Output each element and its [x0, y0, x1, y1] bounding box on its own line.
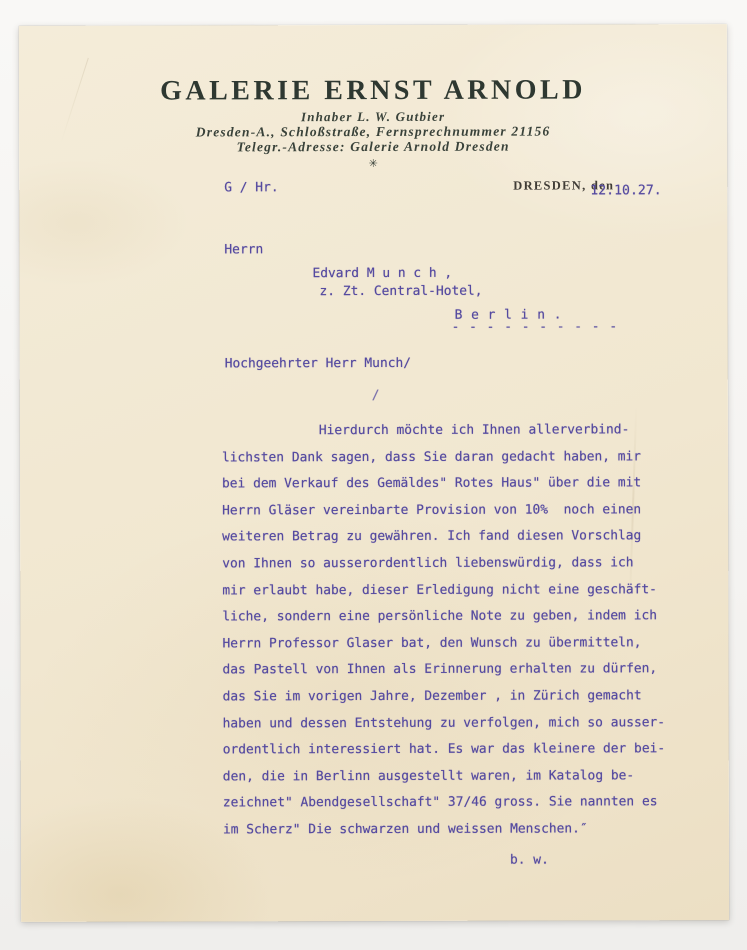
body-line: Hierdurch möchte ich Ihnen allerverbind-: [222, 417, 692, 445]
salutation: Hochgeehrter Herr Munch/: [225, 356, 411, 371]
letter-body: Hierdurch möchte ich Ihnen allerverbind-…: [222, 417, 693, 844]
body-line: Herrn Gläser vereinbarte Provision von 1…: [222, 497, 692, 525]
dateline-typed-date: 12.10.27.: [590, 183, 662, 198]
body-line: das Sie im vorigen Jahre, Dezember , in …: [223, 683, 693, 711]
recipient-city-underline: - - - - - - - - - -: [452, 319, 619, 334]
body-line: Herrn Professor Glaser bat, den Wunsch z…: [222, 630, 692, 658]
body-line: zeichnet" Abendgesellschaft" 37/46 gross…: [223, 789, 693, 817]
body-line: im Scherz" Die schwarzen und weissen Men…: [223, 816, 693, 844]
body-line: lichsten Dank sagen, dass Sie daran geda…: [222, 444, 692, 472]
body-line: mir erlaubt habe, dieser Erledigung nich…: [222, 577, 692, 605]
body-line: liche, sondern eine persönliche Note zu …: [222, 603, 692, 631]
body-line: das Pastell von Ihnen als Erinnerung erh…: [222, 657, 692, 685]
body-line: haben und dessen Entstehung zu verfolgen…: [223, 710, 693, 738]
stray-typed-mark: /: [372, 388, 380, 403]
recipient-herrn: Herrn: [224, 242, 263, 257]
body-line: von Ihnen so ausserordentlich liebenswür…: [222, 550, 692, 578]
recipient-name: Edvard M u n c h ,: [312, 266, 452, 281]
body-line: bei dem Verkauf des Gemäldes" Rotes Haus…: [222, 470, 692, 498]
scanned-letter-background: K3733-1 GALERIE ERNST ARNOLD Inhaber L. …: [0, 0, 747, 950]
body-line: weiteren Betrag zu gewähren. Ich fand di…: [222, 524, 692, 552]
body-line: den, die in Berlinn ausgestellt waren, i…: [223, 763, 693, 791]
letterhead-telegram-line: Telegr.-Adresse: Galerie Arnold Dresden: [19, 138, 727, 156]
body-line: ordentlich interessiert hat. Es war das …: [223, 736, 693, 764]
reference-initials: G / Hr.: [224, 180, 278, 195]
letterhead-title: GALERIE ERNST ARNOLD: [19, 74, 727, 108]
recipient-address: z. Zt. Central-Hotel,: [320, 284, 483, 299]
letterhead-ornament-star: ✳: [19, 156, 727, 171]
letter-paper: GALERIE ERNST ARNOLD Inhaber L. W. Gutbi…: [19, 24, 729, 922]
turn-over-mark: b. w.: [510, 853, 549, 868]
